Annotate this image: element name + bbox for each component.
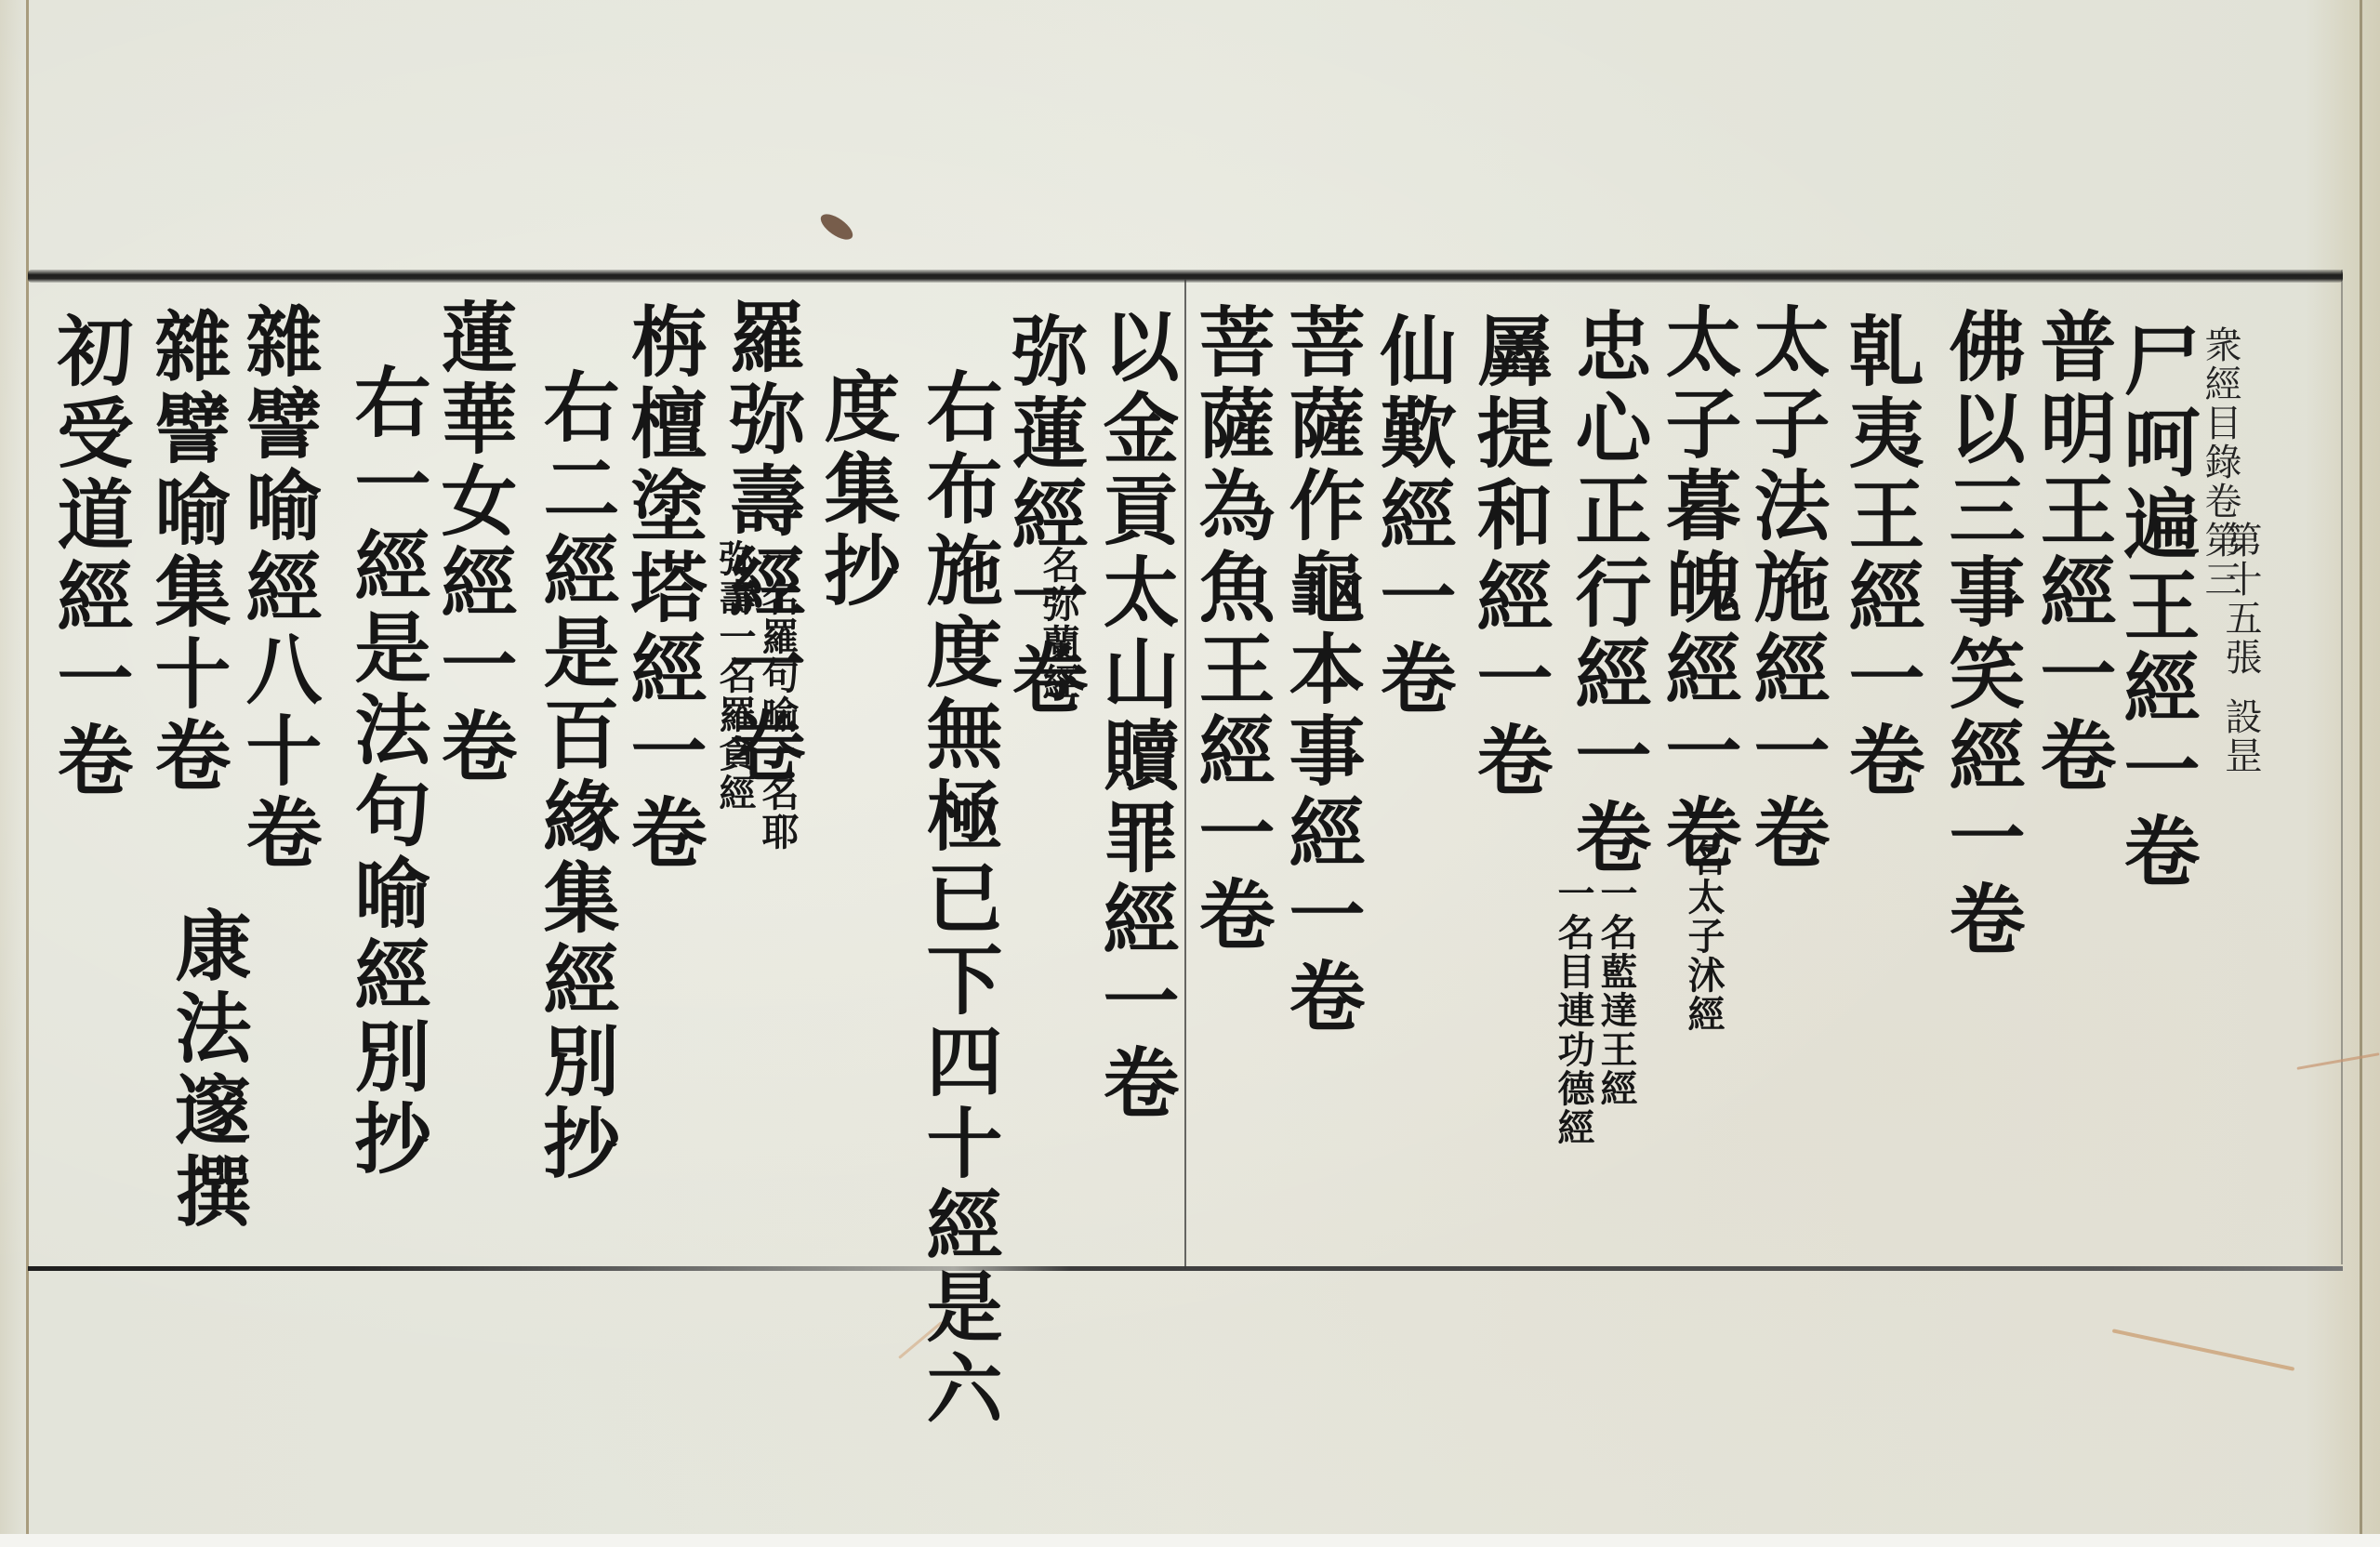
annotation-line-2: 一名目連功德經 [1554,874,1592,1147]
text-column-15: 度集抄 [818,367,894,613]
text-column-8: 羼提和經一卷 [1471,311,1547,802]
text-column-20-summary: 右一經是法句喻經別抄 [349,363,425,1181]
annotation-line-1: 一名藍達王經 [1597,874,1634,1147]
text-column-19: 蓮華女經一卷 [435,297,511,788]
text-column-21: 雜譬喻經八十卷 [240,302,316,875]
margin-sheet-number: 第十五張 [2222,521,2259,677]
text-column-1: 尸呵遍王經一卷 [2118,321,2194,893]
text-column-22: 雜譬喻集十卷 [149,307,225,798]
text-column-5: 太子法施經一卷 [1748,302,1824,875]
text-column-2: 普明王經一卷 [2034,307,2110,798]
text-column-24: 初受道經一卷 [51,311,127,802]
text-column-6: 太子暮魄經一卷 [1659,302,1736,875]
text-column-14-summary: 右布施度無極已下四十經是六 [920,367,997,1431]
annotation-line-1: 一名羅句喻一名耶 [759,539,796,852]
text-column-9: 仙歎經一卷 [1374,311,1450,721]
left-binding-fold [26,0,29,1534]
annotation-column-6: 一名太子沭經 [1685,800,1722,1034]
right-binding-fold [2360,0,2362,1534]
right-frame-rule [2341,270,2343,1264]
annotation-column-13: 一名弥蘭經 [1039,507,1077,702]
margin-mark: 設昰 [2222,697,2259,775]
annotation-line-2: 弥壽一名羅貪經 [716,539,753,852]
text-column-11: 菩薩為魚王經一卷 [1193,302,1269,957]
text-column-10: 菩薩作龜本事經一卷 [1283,302,1359,1038]
annotation-column-16: 一名羅句喻一名耶 弥壽一名羅貪經 [716,539,796,852]
text-column-17: 栴檀塗塔經一卷 [625,302,701,875]
annotation-column-7: 一名藍達王經 一名目連功德經 [1554,874,1634,1147]
text-column-4: 乹夷王經一卷 [1843,311,1919,802]
text-column-12: 以金貢太山贖罪經一卷 [1097,307,1173,1125]
page-bottom-edge [0,1534,2380,1547]
text-column-18-summary: 右二經是百緣集經別抄 [537,367,614,1185]
text-column-7: 忠心正行經一卷 [1569,307,1646,879]
compiler-attribution: 康法邃撰 [169,906,245,1234]
text-column-3: 佛以三事笑經一卷 [1943,307,2019,961]
